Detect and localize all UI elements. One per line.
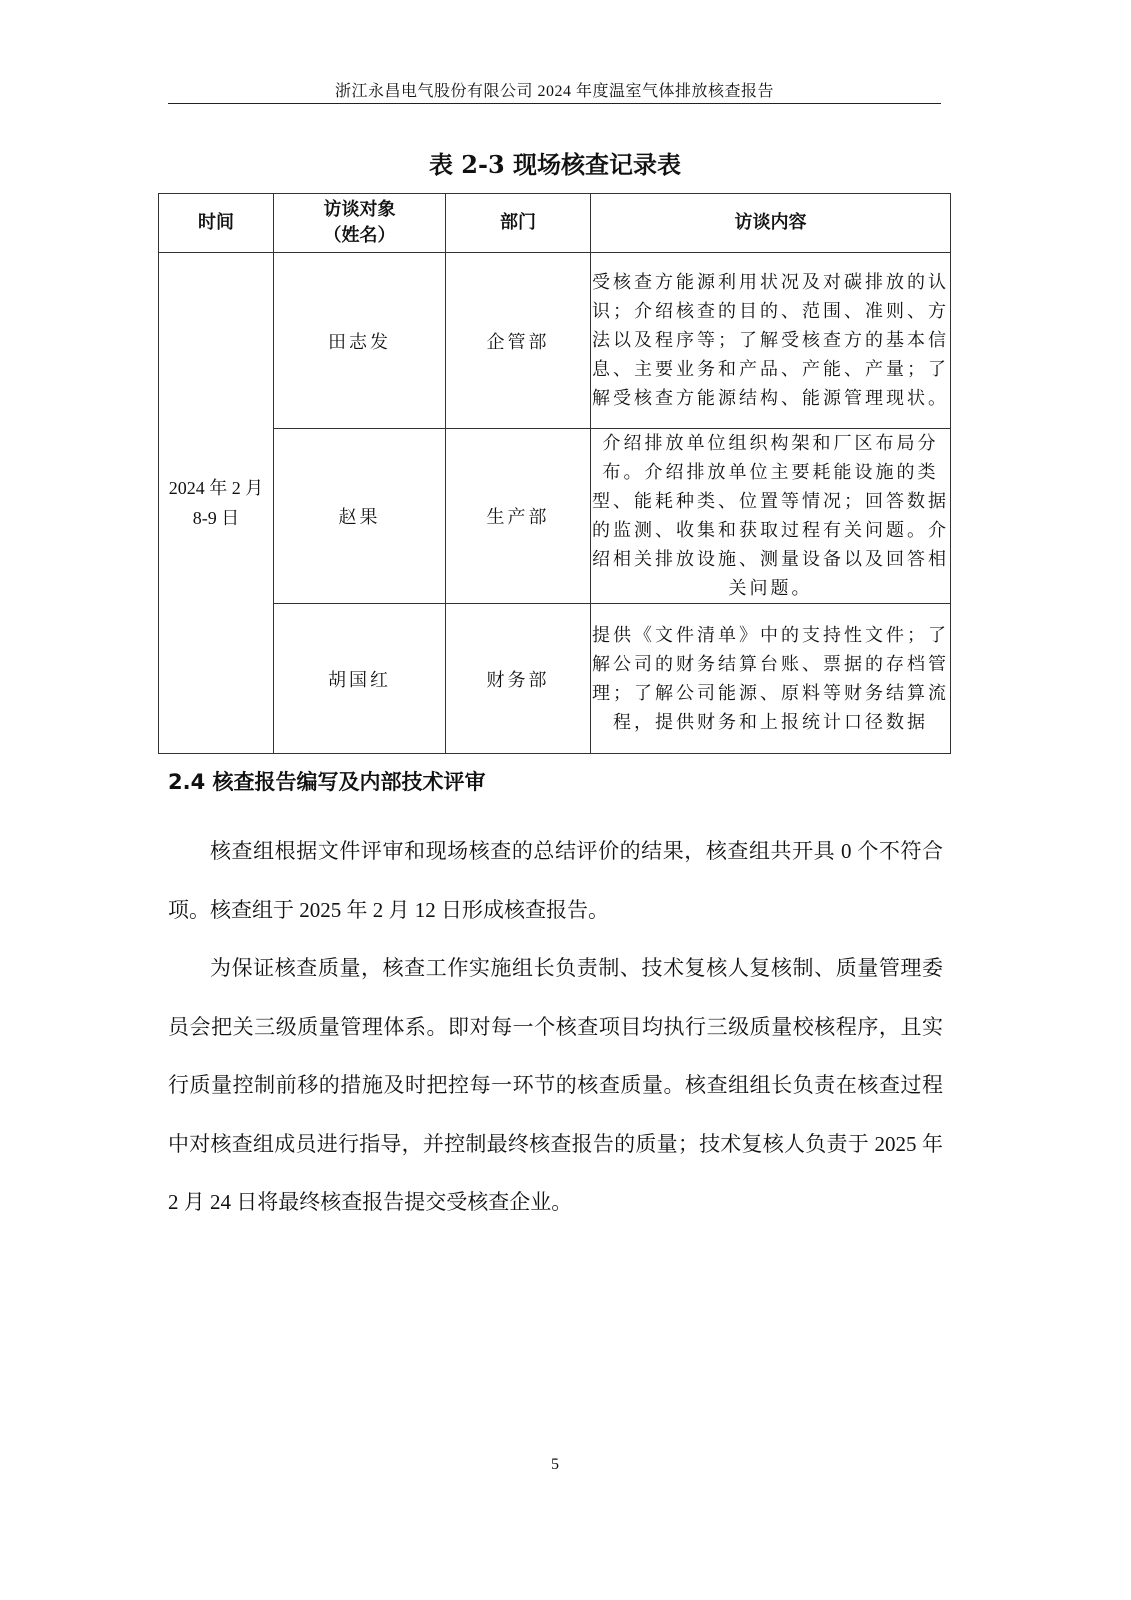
- department: 生产部: [446, 429, 591, 604]
- table-title: 表 2-3 现场核查记录表: [160, 145, 950, 180]
- table-row: 2024 年 2 月 8-9 日 田志发 企管部 受核查方能源利用状况及对碳排放…: [159, 253, 951, 429]
- page-number: 5: [530, 1456, 580, 1474]
- section-heading: 2.4 核查报告编写及内部技术评审: [168, 766, 486, 796]
- department: 财务部: [446, 604, 591, 754]
- interviewee-name: 田志发: [274, 253, 446, 429]
- header-divider: [168, 103, 941, 104]
- table-row: 胡国红 财务部 提供《文件清单》中的支持性文件；了解公司的财务结算台账、票据的存…: [159, 604, 951, 754]
- interviewee-header-line1: 访谈对象: [274, 197, 445, 223]
- interviewee-name: 赵果: [274, 429, 446, 604]
- table-row: 赵果 生产部 介绍排放单位组织构架和厂区布局分布。介绍排放单位主要耗能设施的类型…: [159, 429, 951, 604]
- paragraph: 为保证核查质量，核查工作实施组长负责制、技术复核人复核制、质量管理委员会把关三级…: [168, 939, 943, 1232]
- interviewee-name: 胡国红: [274, 604, 446, 754]
- running-header: 浙江永昌电气股份有限公司 2024 年度温室气体排放核查报告: [168, 78, 941, 101]
- column-header-department: 部门: [446, 194, 591, 253]
- column-header-interviewee: 访谈对象 （姓名）: [274, 194, 446, 253]
- section-body: 核查组根据文件评审和现场核查的总结评价的结果，核查组共开具 0 个不符合项。核查…: [168, 822, 943, 1232]
- department: 企管部: [446, 253, 591, 429]
- table-header-row: 时间 访谈对象 （姓名） 部门 访谈内容: [159, 194, 951, 253]
- interview-date-text: 2024 年 2 月 8-9 日: [168, 473, 264, 533]
- column-header-content: 访谈内容: [591, 194, 951, 253]
- interview-content: 提供《文件清单》中的支持性文件；了解公司的财务结算台账、票据的存档管理；了解公司…: [591, 604, 951, 754]
- interview-content: 受核查方能源利用状况及对碳排放的认识；介绍核查的目的、范围、准则、方法以及程序等…: [591, 253, 951, 429]
- paragraph: 核查组根据文件评审和现场核查的总结评价的结果，核查组共开具 0 个不符合项。核查…: [168, 822, 943, 939]
- interviewee-header-line2: （姓名）: [274, 223, 445, 249]
- interview-content: 介绍排放单位组织构架和厂区布局分布。介绍排放单位主要耗能设施的类型、能耗种类、位…: [591, 429, 951, 604]
- interview-date: 2024 年 2 月 8-9 日: [159, 253, 274, 754]
- site-verification-table: 时间 访谈对象 （姓名） 部门 访谈内容 2024 年 2 月 8-9 日 田志…: [158, 193, 951, 754]
- column-header-time: 时间: [159, 194, 274, 253]
